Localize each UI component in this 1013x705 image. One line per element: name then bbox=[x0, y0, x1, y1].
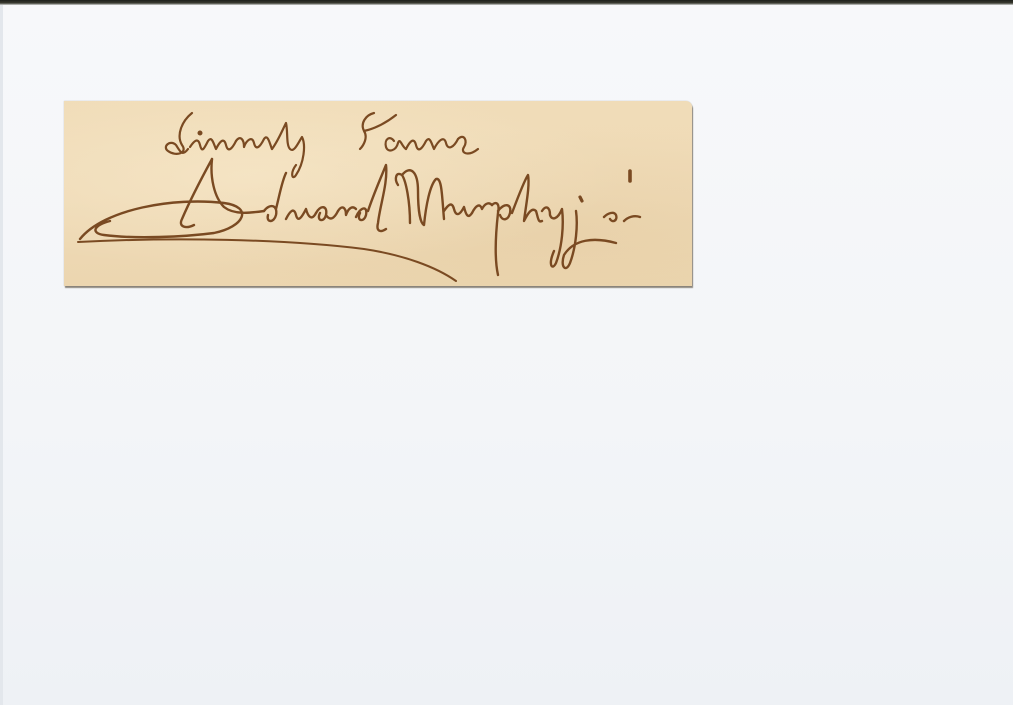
signature-underline bbox=[78, 239, 456, 281]
scan-top-edge bbox=[0, 0, 1013, 5]
closing-sincerely bbox=[166, 113, 304, 177]
scan-left-edge bbox=[0, 5, 3, 705]
signature-card: Sincerely Yours Edward Murphy jr. bbox=[64, 101, 692, 286]
handwriting bbox=[64, 101, 692, 286]
signature-edward bbox=[80, 159, 386, 239]
closing-yours bbox=[360, 113, 478, 153]
signature-murphy bbox=[396, 170, 640, 275]
